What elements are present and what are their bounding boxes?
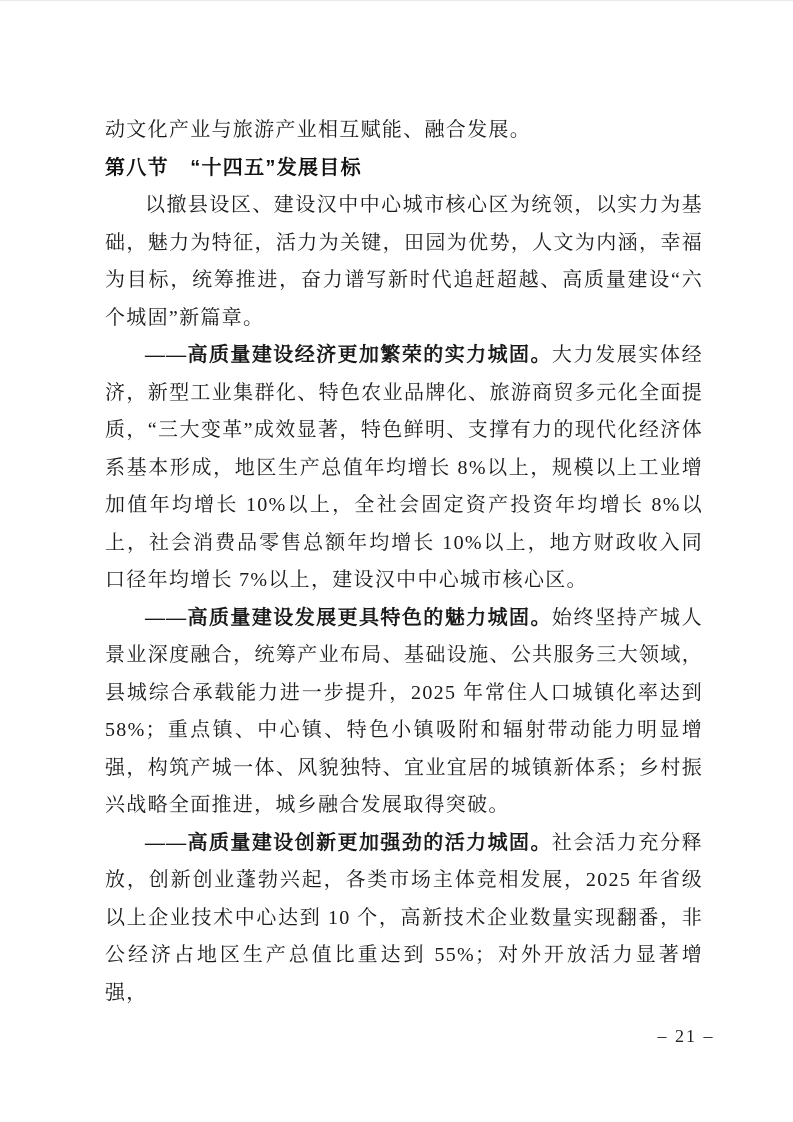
document-body: 动文化产业与旅游产业相互赋能、融合发展。 第八节 “十四五”发展目标 以撤县设区… bbox=[105, 112, 703, 1012]
paragraph-innovation-vitality: ——高质量建设创新更加强劲的活力城固。社会活力充分释放，创新创业蓬勃兴起，各类市… bbox=[105, 825, 703, 1013]
scan-edge-line bbox=[0, 0, 793, 1]
continuation-paragraph-line: 动文化产业与旅游产业相互赋能、融合发展。 bbox=[105, 112, 703, 150]
paragraph-body: 始终坚持产城人景业深度融合，统筹产业布局、基础设施、公共服务三大领域，县城综合承… bbox=[105, 607, 703, 817]
paragraph-lead: ——高质量建设经济更加繁荣的实力城固。 bbox=[145, 344, 552, 366]
page-number: – 21 – bbox=[616, 1026, 756, 1047]
paragraph-economic-strength: ——高质量建设经济更加繁荣的实力城固。大力发展实体经济，新型工业集群化、特色农业… bbox=[105, 337, 703, 600]
section-heading: 第八节 “十四五”发展目标 bbox=[105, 150, 703, 188]
paragraph-body: 大力发展实体经济，新型工业集群化、特色农业品牌化、旅游商贸多元化全面提质，“三大… bbox=[105, 344, 703, 591]
paragraph-lead: ——高质量建设创新更加强劲的活力城固。 bbox=[145, 832, 552, 854]
paragraph-body: 社会活力充分释放，创新创业蓬勃兴起，各类市场主体竞相发展，2025 年省级以上企… bbox=[105, 832, 703, 1004]
paragraph-lead: ——高质量建设发展更具特色的魅力城固。 bbox=[145, 607, 552, 629]
document-page: 动文化产业与旅游产业相互赋能、融合发展。 第八节 “十四五”发展目标 以撤县设区… bbox=[0, 0, 793, 1122]
paragraph-charm-development: ——高质量建设发展更具特色的魅力城固。始终坚持产城人景业深度融合，统筹产业布局、… bbox=[105, 600, 703, 825]
paragraph-overview: 以撤县设区、建设汉中中心城市核心区为统领，以实力为基础，魅力为特征，活力为关键，… bbox=[105, 187, 703, 337]
paragraph-body: 以撤县设区、建设汉中中心城市核心区为统领，以实力为基础，魅力为特征，活力为关键，… bbox=[105, 194, 703, 329]
